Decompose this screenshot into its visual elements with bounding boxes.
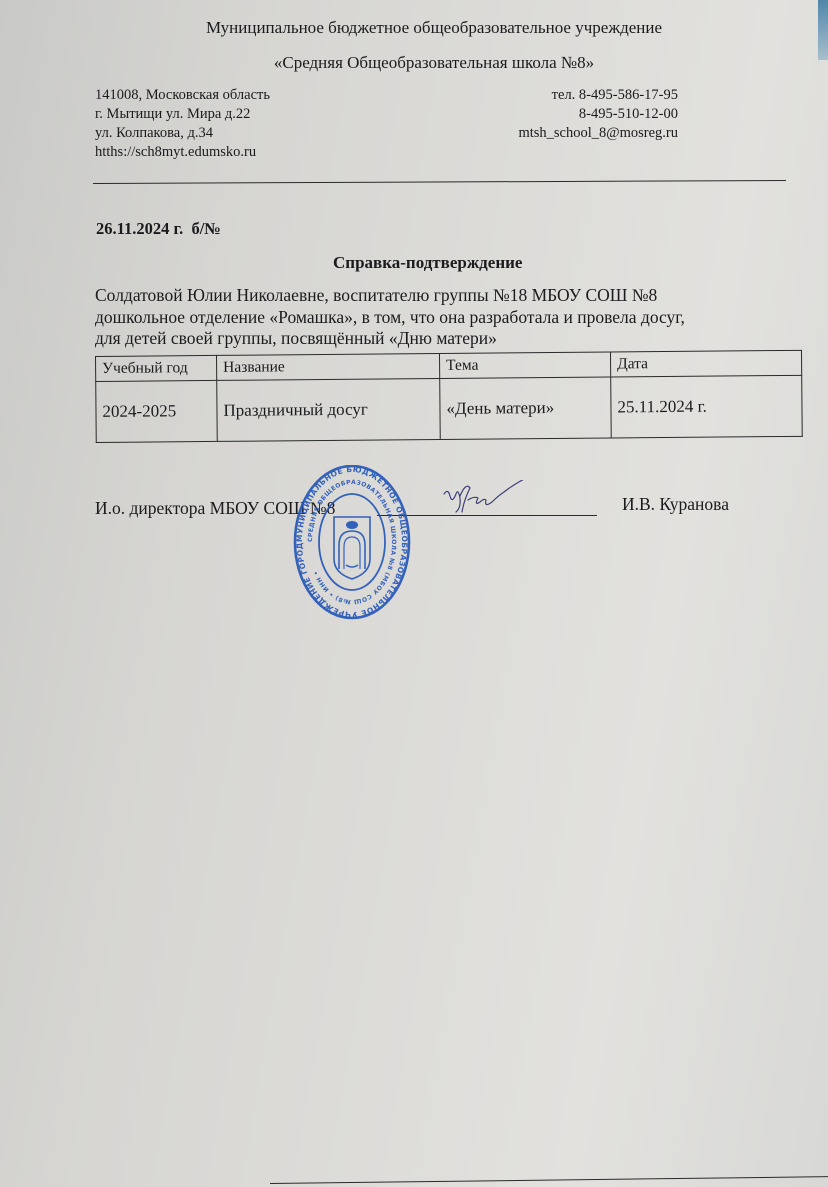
official-seal-stamp: МУНИЦИПАЛЬНОЕ БЮДЖЕТНОЕ ОБЩЕОБРАЗОВАТЕЛЬ… (292, 465, 412, 620)
cell-school-year: 2024-2025 (96, 380, 218, 442)
website-line: htths://sch8myt.edumsko.ru (95, 143, 270, 162)
header-topic: Тема (439, 352, 610, 378)
page-bottom-edge (270, 1176, 828, 1184)
document-date-number: 26.11.2024 г. б/№ (96, 219, 221, 239)
header-name: Название (216, 353, 439, 380)
cell-date: 25.11.2024 г. (611, 375, 803, 438)
header-school-year: Учебный год (96, 355, 217, 381)
letterhead-divider (93, 180, 786, 184)
document-page: Муниципальное бюджетное общеобразователь… (0, 0, 828, 1187)
body-line: дошкольное отделение «Ромашка», в том, ч… (95, 307, 815, 329)
body-line: Солдатовой Юлии Николаевне, воспитателю … (95, 285, 815, 307)
contact-block: тел. 8-495-586-17-95 8-495-510-12-00 mts… (518, 86, 678, 143)
address-line: ул. Колпакова, д.34 (95, 124, 270, 143)
signatory-name: И.В. Куранова (622, 494, 729, 515)
address-block: 141008, Московская область г. Мытищи ул.… (95, 86, 270, 162)
handwritten-signature (438, 480, 530, 520)
org-name-line1: Муниципальное бюджетное общеобразователь… (0, 18, 828, 38)
cell-topic: «День матери» (440, 377, 612, 439)
address-line: г. Мытищи ул. Мира д.22 (95, 105, 270, 124)
table-row: 2024-2025 Праздничный досуг «День матери… (96, 375, 803, 442)
document-title: Справка-подтверждение (333, 253, 522, 273)
phone-line: тел. 8-495-586-17-95 (518, 86, 678, 105)
cell-name: Праздничный досуг (217, 378, 441, 441)
header-date: Дата (610, 350, 801, 377)
address-line: 141008, Московская область (95, 86, 270, 105)
email-line: mtsh_school_8@mosreg.ru (518, 124, 678, 143)
body-line: для детей своей группы, посвящённый «Дню… (95, 328, 815, 350)
phone-line: 8-495-510-12-00 (518, 105, 678, 124)
events-table: Учебный год Название Тема Дата 2024-2025… (95, 350, 803, 443)
document-body: Солдатовой Юлии Николаевне, воспитателю … (95, 285, 815, 350)
svg-text:СРЕДНЯЯ ОБЩЕОБРАЗОВАТЕЛЬНАЯ ШК: СРЕДНЯЯ ОБЩЕОБРАЗОВАТЕЛЬНАЯ ШКОЛА №8 (МБ… (307, 479, 397, 605)
org-name-line2: «Средняя Общеобразовательная школа №8» (0, 53, 828, 73)
